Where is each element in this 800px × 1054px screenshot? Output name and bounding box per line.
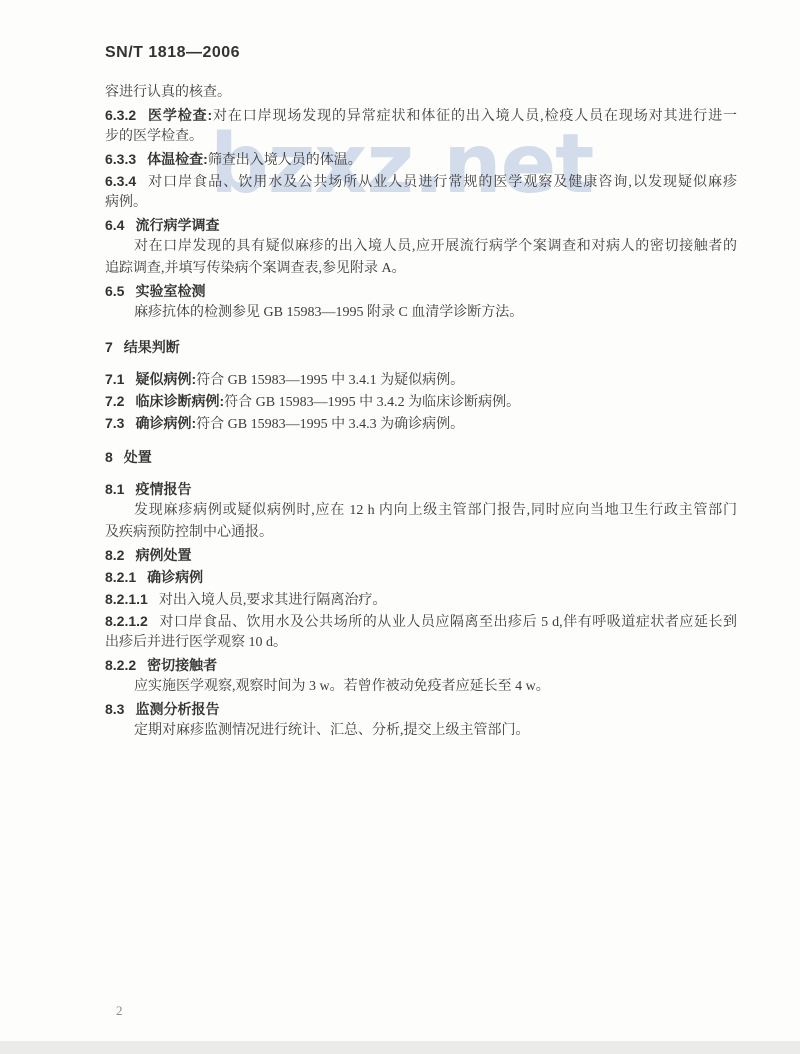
clause-number: 8.2.1: [105, 569, 136, 585]
clause-title: 体温检查:: [147, 151, 208, 167]
clause-number: 7.3: [105, 415, 124, 431]
clause-title: 疫情报告: [135, 481, 191, 497]
doc-line-cont-17: 发现麻疹病例或疑似病例时,应在 12 h 内向上级主管部门报告,同时应向当地卫生…: [105, 500, 737, 522]
doc-line-cont-25: 应实施医学观察,观察时间为 3 w。若曾作被动免疫者应延长至 4 w。: [105, 676, 737, 698]
doc-line-cont-0: 容进行认真的核查。: [105, 82, 737, 104]
doc-line-cont-27: 定期对麻疹监测情况进行统计、汇总、分析,提交上级主管部门。: [105, 720, 737, 742]
doc-line-6.3.4: 6.3.4对口岸食品、饮用水及公共场所从业人员进行常规的医学观察及健康咨询,以发…: [105, 170, 737, 192]
clause-number: 7: [105, 339, 113, 355]
clause-title: 临床诊断病例:: [135, 393, 224, 409]
clause-text: 麻疹抗体的检测参见 GB 15983—1995 附录 C 血清学诊断方法。: [134, 305, 523, 320]
clause-text: 应实施医学观察,观察时间为 3 w。若曾作被动免疫者应延长至 4 w。: [134, 679, 550, 694]
clause-title: 疑似病例:: [135, 371, 196, 387]
clause-number: 8: [105, 449, 113, 465]
clause-number: 6.3.3: [105, 151, 136, 167]
clause-text: 筛查出入境人员的体温。: [208, 153, 362, 168]
doc-line-cont-8: 追踪调查,并填写传染病个案调查表,参见附录 A。: [105, 258, 737, 280]
clause-title: 实验室检测: [135, 283, 205, 299]
doc-line-8.2.1: 8.2.1确诊病例: [105, 566, 737, 588]
doc-line-6.4: 6.4流行病学调查: [105, 214, 737, 236]
clause-number: 7.2: [105, 393, 124, 409]
clause-text: 符合 GB 15983—1995 中 3.4.2 为临床诊断病例。: [224, 395, 520, 410]
clause-title: 确诊病例: [147, 569, 203, 585]
doc-line-cont-2: 步的医学检查。: [105, 126, 737, 148]
clause-text: 对在口岸现场发现的异常症状和体征的出入境人员,检疫人员在现场对其进行进一: [212, 109, 737, 124]
clause-text: 符合 GB 15983—1995 中 3.4.1 为疑似病例。: [196, 373, 464, 388]
document-body: 容进行认真的核查。6.3.2医学检查:对在口岸现场发现的异常症状和体征的出入境人…: [105, 82, 737, 742]
clause-title: 医学检查:: [147, 107, 212, 123]
doc-line-cont-7: 对在口岸发现的具有疑似麻疹的出入境人员,应开展流行病学个案调查和对病人的密切接触…: [105, 236, 737, 258]
doc-line-6.5: 6.5实验室检测: [105, 280, 737, 302]
doc-line-cont-5: 病例。: [105, 192, 737, 214]
doc-line-cont-10: 麻疹抗体的检测参见 GB 15983—1995 附录 C 血清学诊断方法。: [105, 302, 737, 324]
doc-line-cont-18: 及疾病预防控制中心通报。: [105, 522, 737, 544]
doc-line-6.3.2: 6.3.2医学检查:对在口岸现场发现的异常症状和体征的出入境人员,检疫人员在现场…: [105, 104, 737, 126]
clause-number: 8.2.1.2: [105, 613, 148, 629]
clause-text: 发现麻疹病例或疑似病例时,应在 12 h 内向上级主管部门报告,同时应向当地卫生…: [134, 503, 737, 518]
clause-text: 追踪调查,并填写传染病个案调查表,参见附录 A。: [105, 261, 406, 276]
scanned-document-page: SN/T 1818—2006 bzxz.net 容进行认真的核查。6.3.2医学…: [0, 0, 800, 1054]
clause-title: 流行病学调查: [135, 217, 219, 233]
clause-number: 8.1: [105, 481, 124, 497]
scan-edge-band: [0, 1041, 800, 1054]
clause-title: 确诊病例:: [135, 415, 196, 431]
clause-text: 对出入境人员,要求其进行隔离治疗。: [159, 593, 387, 608]
doc-line-cont-23: 出疹后并进行医学观察 10 d。: [105, 632, 737, 654]
doc-line-7.3: 7.3确诊病例:符合 GB 15983—1995 中 3.4.3 为确诊病例。: [105, 412, 737, 434]
clause-number: 6.3.4: [105, 173, 136, 189]
clause-text: 定期对麻疹监测情况进行统计、汇总、分析,提交上级主管部门。: [134, 723, 530, 738]
clause-text: 对口岸食品、饮用水及公共场所从业人员进行常规的医学观察及健康咨询,以发现疑似麻疹: [147, 175, 737, 190]
clause-number: 6.3.2: [105, 107, 136, 123]
doc-line-8.2.2: 8.2.2密切接触者: [105, 654, 737, 676]
clause-title: 密切接触者: [147, 657, 217, 673]
clause-text: 符合 GB 15983—1995 中 3.4.3 为确诊病例。: [196, 417, 464, 432]
clause-number: 8.2.2: [105, 657, 136, 673]
clause-title: 处置: [124, 449, 152, 465]
clause-text: 出疹后并进行医学观察 10 d。: [105, 635, 287, 650]
doc-line-7.1: 7.1疑似病例:符合 GB 15983—1995 中 3.4.1 为疑似病例。: [105, 368, 737, 390]
clause-number: 8.2.1.1: [105, 591, 148, 607]
clause-text: 容进行认真的核查。: [105, 85, 231, 100]
clause-title: 监测分析报告: [135, 701, 219, 717]
doc-line-8.2.1.1: 8.2.1.1对出入境人员,要求其进行隔离治疗。: [105, 588, 737, 610]
clause-text: 步的医学检查。: [105, 129, 203, 144]
standard-number-header: SN/T 1818—2006: [105, 44, 240, 62]
clause-title: 病例处置: [135, 547, 191, 563]
clause-text: 及疾病预防控制中心通报。: [105, 525, 273, 540]
doc-line-7: 7结果判断: [105, 336, 737, 358]
clause-text: 对口岸食品、饮用水及公共场所的从业人员应隔离至出疹后 5 d,伴有呼吸道症状者应…: [159, 615, 737, 630]
clause-text: 病例。: [105, 195, 147, 210]
doc-line-6.3.3: 6.3.3体温检查:筛查出入境人员的体温。: [105, 148, 737, 170]
clause-number: 6.5: [105, 283, 124, 299]
clause-number: 8.3: [105, 701, 124, 717]
doc-line-7.2: 7.2临床诊断病例:符合 GB 15983—1995 中 3.4.2 为临床诊断…: [105, 390, 737, 412]
page-number: 2: [116, 1003, 123, 1019]
doc-line-8.2: 8.2病例处置: [105, 544, 737, 566]
doc-line-8.3: 8.3监测分析报告: [105, 698, 737, 720]
doc-line-8: 8处置: [105, 446, 737, 468]
clause-text: 对在口岸发现的具有疑似麻疹的出入境人员,应开展流行病学个案调查和对病人的密切接触…: [134, 239, 737, 254]
doc-line-8.1: 8.1疫情报告: [105, 478, 737, 500]
clause-number: 7.1: [105, 371, 124, 387]
clause-number: 6.4: [105, 217, 124, 233]
doc-line-8.2.1.2: 8.2.1.2对口岸食品、饮用水及公共场所的从业人员应隔离至出疹后 5 d,伴有…: [105, 610, 737, 632]
clause-title: 结果判断: [124, 339, 180, 355]
clause-number: 8.2: [105, 547, 124, 563]
